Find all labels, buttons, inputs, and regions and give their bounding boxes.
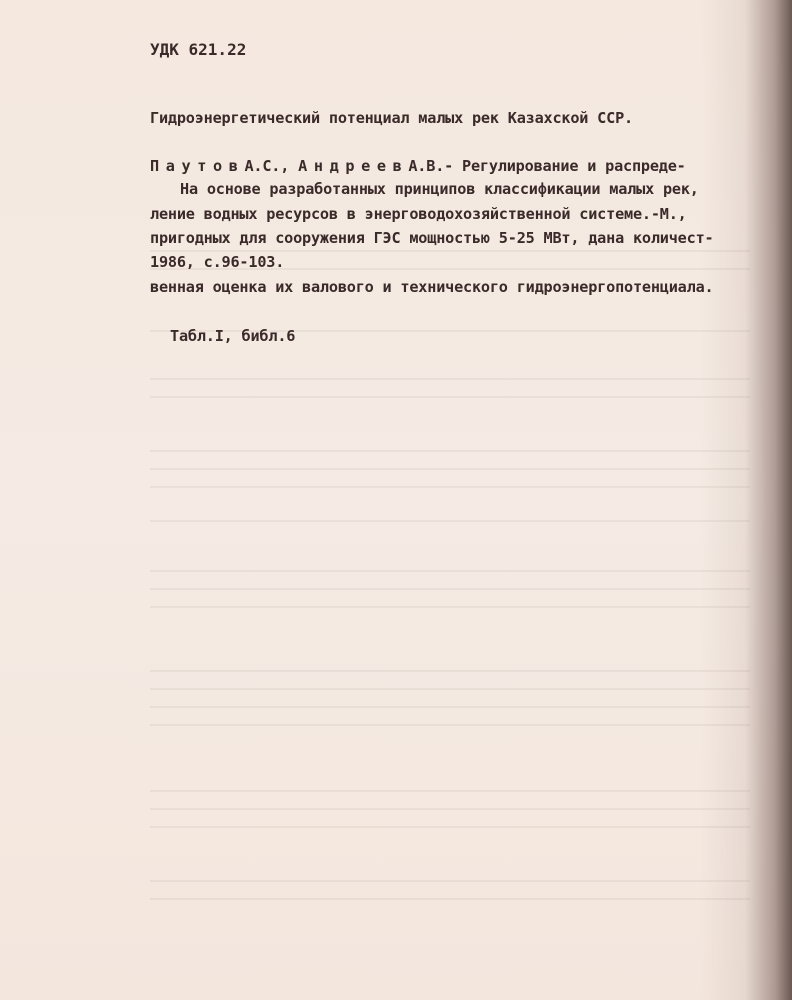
abstract-line: венная оценка их валового и технического… <box>150 279 713 295</box>
bleed-through-line <box>150 520 750 522</box>
bleed-through-line <box>150 606 750 608</box>
abstract-line: пригодных для сооружения ГЭС мощностью 5… <box>150 230 713 246</box>
abstract-text: На основе разработанных принципов класси… <box>150 148 713 377</box>
bleed-through-line <box>150 706 750 708</box>
abstract-line: На основе разработанных принципов класси… <box>150 181 713 197</box>
citation-title: Гидроэнергетический потенциал малых рек … <box>150 110 687 126</box>
abstract-references: Табл.I, библ.6 <box>150 328 713 344</box>
bleed-through-line <box>150 724 750 726</box>
bleed-through-line <box>150 790 750 792</box>
udc-code: УДК 621.22 <box>150 40 246 59</box>
bleed-through-line <box>150 826 750 828</box>
bleed-through-line <box>150 468 750 470</box>
bleed-through-line <box>150 898 750 900</box>
bleed-through-line <box>150 880 750 882</box>
bleed-through-line <box>150 670 750 672</box>
bleed-through-line <box>150 450 750 452</box>
bleed-through-line <box>150 486 750 488</box>
bleed-through-line <box>150 808 750 810</box>
bleed-through-line <box>150 378 750 380</box>
bleed-through-line <box>150 688 750 690</box>
bleed-through-line <box>150 588 750 590</box>
bleed-through-line <box>150 396 750 398</box>
bleed-through-line <box>150 570 750 572</box>
